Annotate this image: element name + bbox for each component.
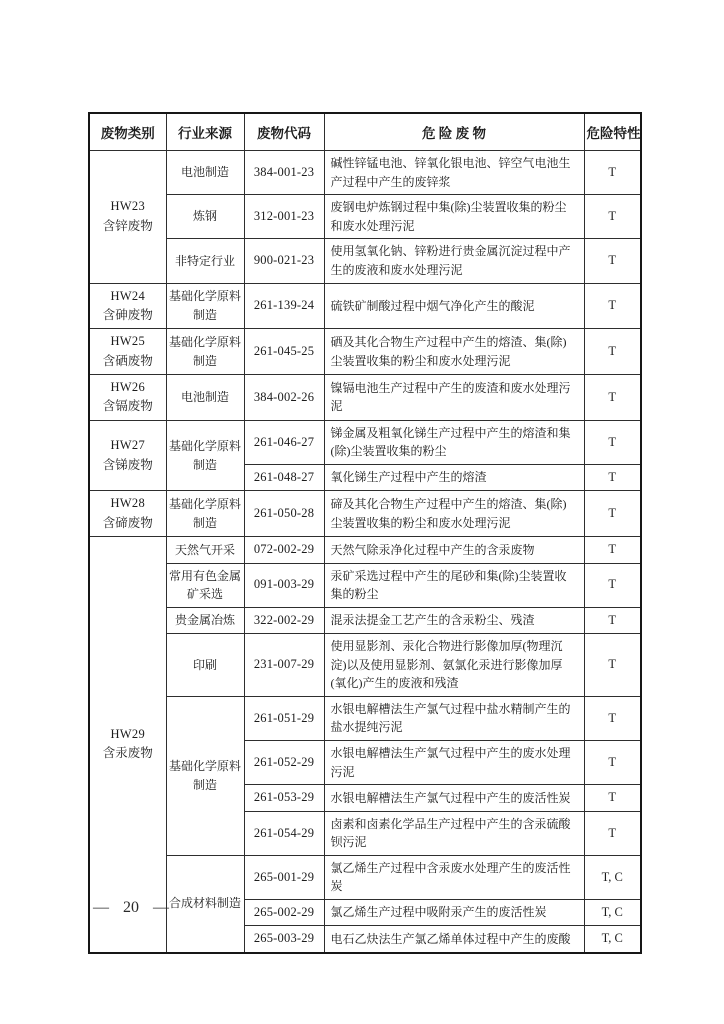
industry-source-cell: 炼钢 [166, 195, 244, 239]
table-row: 贵金属冶炼322-002-29混汞法提金工艺产生的含汞粉尘、残渣T [89, 607, 641, 633]
hazardous-waste-description-cell: 废钢电炉炼钢过程中集(除)尘装置收集的粉尘和废水处理污泥 [324, 195, 584, 239]
header-row: 废物类别 行业来源 废物代码 危 险 废 物 危险特性 [89, 113, 641, 151]
table-header: 废物类别 行业来源 废物代码 危 险 废 物 危险特性 [89, 113, 641, 151]
table-row: HW24含砷废物基础化学原料制造261-139-24硫铁矿制酸过程中烟气净化产生… [89, 283, 641, 329]
table-row: 炼钢312-001-23废钢电炉炼钢过程中集(除)尘装置收集的粉尘和废水处理污泥… [89, 195, 641, 239]
waste-category-cell: HW25含硒废物 [89, 329, 166, 375]
hazard-trait-cell: T [584, 283, 641, 329]
hazard-trait-cell: T [584, 465, 641, 491]
waste-category-name: 含镉废物 [92, 397, 164, 416]
hazardous-waste-description-cell: 水银电解槽法生产氯气过程中盐水精制产生的盐水提纯污泥 [324, 696, 584, 740]
hazard-trait-cell: T [584, 741, 641, 785]
header-waste-code: 废物代码 [244, 113, 324, 151]
waste-category-cell: HW24含砷废物 [89, 283, 166, 329]
industry-source-cell: 电池制造 [166, 375, 244, 421]
waste-code-cell: 265-001-29 [244, 855, 324, 899]
waste-code-cell: 322-002-29 [244, 607, 324, 633]
hazardous-waste-description-cell: 天然气除汞净化过程中产生的含汞废物 [324, 537, 584, 563]
hazard-trait-cell: T [584, 811, 641, 855]
industry-source-cell: 基础化学原料制造 [166, 329, 244, 375]
hazardous-waste-description-cell: 氯乙烯生产过程中含汞废水处理产生的废活性炭 [324, 855, 584, 899]
hazard-trait-cell: T [584, 420, 641, 464]
table-row: 常用有色金属矿采选091-003-29汞矿采选过程中产生的尾砂和集(除)尘装置收… [89, 563, 641, 607]
waste-category-name: 含锑废物 [92, 456, 164, 475]
hazard-trait-cell: T [584, 375, 641, 421]
footer-right-dash: — [153, 899, 169, 917]
waste-category-cell: HW26含镉废物 [89, 375, 166, 421]
industry-source-cell: 天然气开采 [166, 537, 244, 563]
waste-category-cell: HW29含汞废物 [89, 537, 166, 953]
waste-code-cell: 261-050-28 [244, 491, 324, 537]
hazard-trait-cell: T [584, 607, 641, 633]
waste-category-cell: HW28含碲废物 [89, 491, 166, 537]
hazardous-waste-description-cell: 卤素和卤素化学品生产过程中产生的含汞硫酸钡污泥 [324, 811, 584, 855]
hazardous-waste-description-cell: 锑金属及粗氧化锑生产过程中产生的熔渣和集(除)尘装置收集的粉尘 [324, 420, 584, 464]
page-footer: — 20 — [93, 899, 169, 917]
hazardous-waste-description-cell: 电石乙炔法生产氯乙烯单体过程中产生的废酸 [324, 926, 584, 953]
waste-category-code: HW25 [92, 332, 164, 351]
hazardous-waste-description-cell: 碱性锌锰电池、锌氧化银电池、锌空气电池生产过程中产生的废锌浆 [324, 151, 584, 195]
hazardous-waste-description-cell: 氧化锑生产过程中产生的熔渣 [324, 465, 584, 491]
hazardous-waste-description-cell: 镍镉电池生产过程中产生的废渣和废水处理污泥 [324, 375, 584, 421]
hazardous-waste-description-cell: 硫铁矿制酸过程中烟气净化产生的酸泥 [324, 283, 584, 329]
industry-source-cell: 基础化学原料制造 [166, 491, 244, 537]
waste-category-name: 含碲废物 [92, 514, 164, 533]
hazardous-waste-description-cell: 水银电解槽法生产氯气过程中产生的废活性炭 [324, 785, 584, 811]
table-row: HW27含锑废物基础化学原料制造261-046-27锑金属及粗氧化锑生产过程中产… [89, 420, 641, 464]
industry-source-cell: 基础化学原料制造 [166, 420, 244, 491]
header-hazardous-waste: 危 险 废 物 [324, 113, 584, 151]
waste-code-cell: 091-003-29 [244, 563, 324, 607]
hazard-trait-cell: T [584, 696, 641, 740]
hazard-trait-cell: T, C [584, 855, 641, 899]
waste-code-cell: 265-002-29 [244, 899, 324, 925]
waste-code-cell: 261-046-27 [244, 420, 324, 464]
hazardous-waste-table: 废物类别 行业来源 废物代码 危 险 废 物 危险特性 HW23含锌废物电池制造… [88, 112, 642, 954]
header-waste-category: 废物类别 [89, 113, 166, 151]
industry-source-cell: 合成材料制造 [166, 855, 244, 952]
waste-code-cell: 072-002-29 [244, 537, 324, 563]
industry-source-cell: 基础化学原料制造 [166, 696, 244, 855]
table-row: 合成材料制造265-001-29氯乙烯生产过程中含汞废水处理产生的废活性炭T, … [89, 855, 641, 899]
waste-category-code: HW24 [92, 287, 164, 306]
waste-code-cell: 261-054-29 [244, 811, 324, 855]
hazardous-waste-description-cell: 碲及其化合物生产过程中产生的熔渣、集(除)尘装置收集的粉尘和废水处理污泥 [324, 491, 584, 537]
industry-source-cell: 基础化学原料制造 [166, 283, 244, 329]
hazardous-waste-description-cell: 使用显影剂、汞化合物进行影像加厚(物理沉淀)以及使用显影剂、氨氯化汞进行影像加厚… [324, 634, 584, 697]
table-row: 非特定行业900-021-23使用氢氧化钠、锌粉进行贵金属沉淀过程中产生的废液和… [89, 239, 641, 283]
waste-category-code: HW26 [92, 378, 164, 397]
hazard-trait-cell: T [584, 239, 641, 283]
hazardous-waste-description-cell: 水银电解槽法生产氯气过程中产生的废水处理污泥 [324, 741, 584, 785]
hazardous-waste-description-cell: 汞矿采选过程中产生的尾砂和集(除)尘装置收集的粉尘 [324, 563, 584, 607]
hazardous-waste-description-cell: 混汞法提金工艺产生的含汞粉尘、残渣 [324, 607, 584, 633]
table-body: HW23含锌废物电池制造384-001-23碱性锌锰电池、锌氧化银电池、锌空气电… [89, 151, 641, 953]
waste-code-cell: 261-051-29 [244, 696, 324, 740]
waste-code-cell: 231-007-29 [244, 634, 324, 697]
hazardous-waste-description-cell: 使用氢氧化钠、锌粉进行贵金属沉淀过程中产生的废液和废水处理污泥 [324, 239, 584, 283]
waste-category-code: HW29 [92, 725, 164, 744]
waste-category-code: HW28 [92, 494, 164, 513]
waste-code-cell: 900-021-23 [244, 239, 324, 283]
table-row: HW26含镉废物电池制造384-002-26镍镉电池生产过程中产生的废渣和废水处… [89, 375, 641, 421]
waste-code-cell: 261-139-24 [244, 283, 324, 329]
waste-code-cell: 265-003-29 [244, 926, 324, 953]
waste-code-cell: 261-048-27 [244, 465, 324, 491]
table-row: HW23含锌废物电池制造384-001-23碱性锌锰电池、锌氧化银电池、锌空气电… [89, 151, 641, 195]
waste-category-name: 含锌废物 [92, 217, 164, 236]
header-hazard-trait: 危险特性 [584, 113, 641, 151]
table-row: HW28含碲废物基础化学原料制造261-050-28碲及其化合物生产过程中产生的… [89, 491, 641, 537]
industry-source-cell: 非特定行业 [166, 239, 244, 283]
waste-code-cell: 261-053-29 [244, 785, 324, 811]
waste-category-name: 含砷废物 [92, 306, 164, 325]
hazardous-waste-description-cell: 硒及其化合物生产过程中产生的熔渣、集(除)尘装置收集的粉尘和废水处理污泥 [324, 329, 584, 375]
waste-code-cell: 384-002-26 [244, 375, 324, 421]
waste-category-cell: HW23含锌废物 [89, 151, 166, 284]
hazard-trait-cell: T [584, 329, 641, 375]
hazard-trait-cell: T [584, 195, 641, 239]
waste-code-cell: 261-045-25 [244, 329, 324, 375]
waste-category-name: 含汞废物 [92, 744, 164, 763]
hazard-trait-cell: T [584, 634, 641, 697]
hazardous-waste-description-cell: 氯乙烯生产过程中吸附汞产生的废活性炭 [324, 899, 584, 925]
waste-code-cell: 312-001-23 [244, 195, 324, 239]
header-industry-source: 行业来源 [166, 113, 244, 151]
waste-code-cell: 261-052-29 [244, 741, 324, 785]
waste-category-code: HW27 [92, 436, 164, 455]
waste-code-cell: 384-001-23 [244, 151, 324, 195]
table-row: HW29含汞废物天然气开采072-002-29天然气除汞净化过程中产生的含汞废物… [89, 537, 641, 563]
table-row: 基础化学原料制造261-051-29水银电解槽法生产氯气过程中盐水精制产生的盐水… [89, 696, 641, 740]
hazard-trait-cell: T [584, 537, 641, 563]
table-row: HW25含硒废物基础化学原料制造261-045-25硒及其化合物生产过程中产生的… [89, 329, 641, 375]
footer-left-dash: — [93, 899, 109, 917]
hazard-trait-cell: T [584, 151, 641, 195]
industry-source-cell: 电池制造 [166, 151, 244, 195]
hazard-trait-cell: T, C [584, 899, 641, 925]
document-page: 废物类别 行业来源 废物代码 危 险 废 物 危险特性 HW23含锌废物电池制造… [0, 0, 724, 1024]
hazard-trait-cell: T [584, 491, 641, 537]
table-row: 印刷231-007-29使用显影剂、汞化合物进行影像加厚(物理沉淀)以及使用显影… [89, 634, 641, 697]
industry-source-cell: 常用有色金属矿采选 [166, 563, 244, 607]
industry-source-cell: 贵金属冶炼 [166, 607, 244, 633]
waste-category-code: HW23 [92, 197, 164, 216]
waste-category-name: 含硒废物 [92, 352, 164, 371]
hazard-trait-cell: T [584, 785, 641, 811]
page-number: 20 [123, 899, 139, 917]
hazard-trait-cell: T, C [584, 926, 641, 953]
hazard-trait-cell: T [584, 563, 641, 607]
industry-source-cell: 印刷 [166, 634, 244, 697]
waste-category-cell: HW27含锑废物 [89, 420, 166, 491]
